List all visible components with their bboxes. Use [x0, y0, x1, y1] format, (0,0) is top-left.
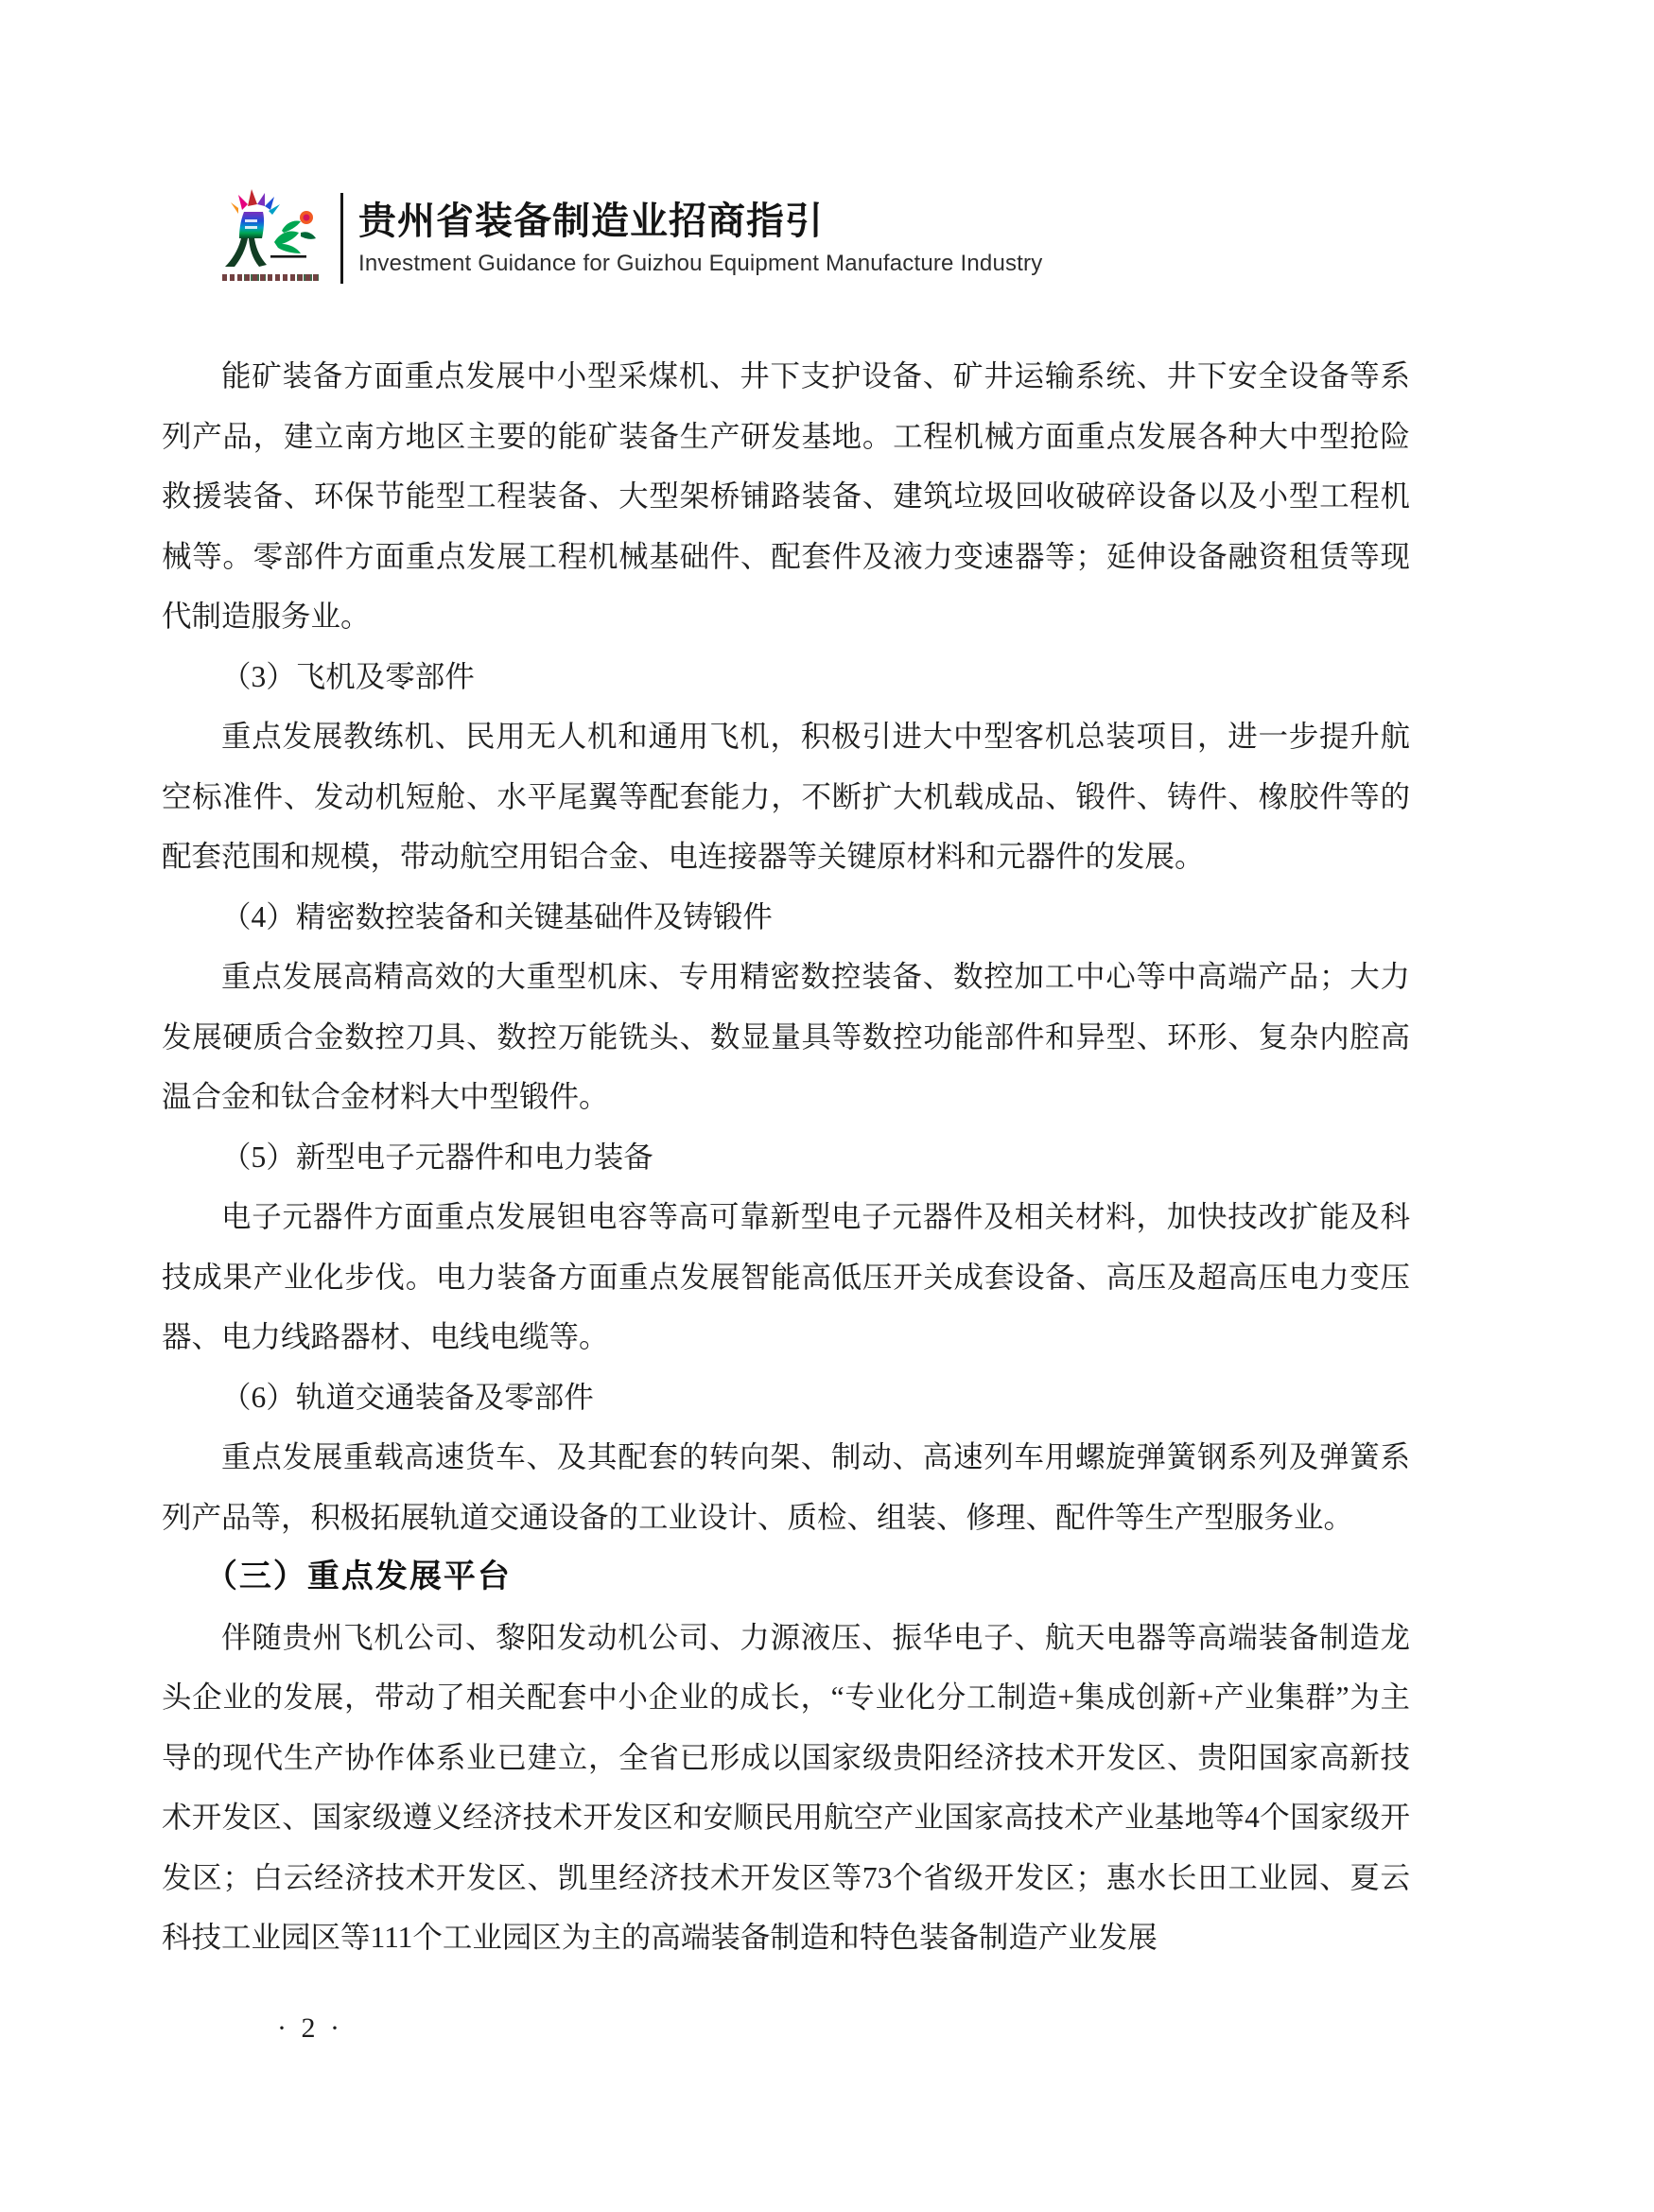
section-heading-6: （6）轨道交通装备及零部件	[162, 1367, 1410, 1428]
body-paragraph: 电子元器件方面重点发展钽电容等高可靠新型电子元器件及相关材料，加快技改扩能及科技…	[162, 1187, 1410, 1367]
page-header: 贵州省装备制造业招商指引 Investment Guidance for Gui…	[216, 189, 1042, 287]
body-paragraph: 重点发展重载高速货车、及其配套的转向架、制动、高速列车用螺旋弹簧钢系列及弹簧系列…	[162, 1427, 1410, 1547]
guizhou-logo-icon	[216, 189, 327, 272]
header-divider	[340, 193, 343, 284]
body-paragraph: 重点发展教练机、民用无人机和通用飞机，积极引进大中型客机总装项目，进一步提升航空…	[162, 706, 1410, 887]
body-paragraph: 重点发展高精高效的大重型机床、专用精密数控装备、数控加工中心等中高端产品；大力发…	[162, 947, 1410, 1127]
section-heading-4: （4）精密数控装备和关键基础件及铸锻件	[162, 887, 1410, 948]
title-block: 贵州省装备制造业招商指引 Investment Guidance for Gui…	[358, 189, 1042, 287]
section-heading-3: （3）飞机及零部件	[162, 647, 1410, 707]
document-page: 贵州省装备制造业招商指引 Investment Guidance for Gui…	[0, 0, 1654, 2212]
document-title-zh: 贵州省装备制造业招商指引	[358, 200, 1042, 243]
section-heading-5: （5）新型电子元器件和电力装备	[162, 1127, 1410, 1188]
document-title-en: Investment Guidance for Guizhou Equipmen…	[358, 251, 1042, 277]
guizhou-logo	[216, 189, 327, 287]
body-paragraph: 能矿装备方面重点发展中小型采煤机、井下支护设备、矿井运输系统、井下安全设备等系列…	[162, 346, 1410, 647]
page-number: · 2 ·	[277, 2012, 343, 2045]
document-body: 能矿装备方面重点发展中小型采煤机、井下支护设备、矿井运输系统、井下安全设备等系列…	[162, 346, 1410, 1968]
section-heading-platforms: （三）重点发展平台	[162, 1547, 1410, 1608]
body-paragraph: 伴随贵州飞机公司、黎阳发动机公司、力源液压、振华电子、航天电器等高端装备制造龙头…	[162, 1608, 1410, 1968]
logo-slogan-text	[222, 274, 321, 281]
